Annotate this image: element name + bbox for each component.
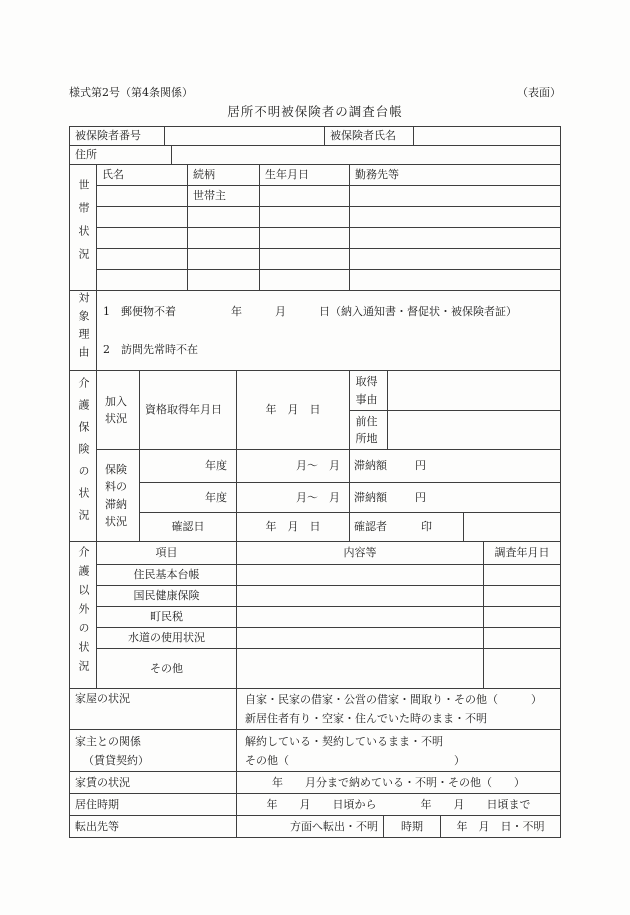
seal-mark: 印 <box>421 519 432 535</box>
member-name-cell <box>97 249 188 270</box>
household-col-name: 氏名 <box>97 165 188 186</box>
insured-name-value <box>414 127 561 146</box>
rent-status-row: 家賃の状況 年 月分まで納めている・不明・その他（ ） <box>70 772 561 794</box>
house-status-line-1: 自家・民家の借家・公営の借家・間取り・その他（ ） <box>245 690 556 709</box>
household-row <box>70 270 561 291</box>
landlord-label-line-1: 家主との関係 <box>75 732 232 751</box>
other-item-label: 水道の使用状況 <box>97 628 237 649</box>
acquisition-date-label: 資格取得年月日 <box>140 371 237 450</box>
arrears-year-cell: 年度 <box>140 450 237 483</box>
other-row: 住民基本台帳 <box>70 565 561 586</box>
member-name-cell <box>97 186 188 207</box>
other-section-label: 介護以外の状況 <box>70 542 97 689</box>
member-birth-cell <box>260 186 350 207</box>
insured-number-value <box>165 127 325 146</box>
confirm-extra-cell <box>464 513 561 542</box>
moveout-row: 転出先等 方面へ転出・不明 時期 年 月 日・不明 <box>70 816 561 838</box>
residence-period-label: 居住時期 <box>70 794 237 816</box>
landlord-content: 解約している・契約しているまま・不明 その他（ ） <box>237 730 561 772</box>
reason-line-2: 2 訪問先常時不在 <box>103 342 560 358</box>
household-section-label: 世帯状況 <box>70 165 97 291</box>
other-header-row: 介護以外の状況 項目 内容等 調査年月日 <box>70 542 561 565</box>
other-row: 国民健康保険 <box>70 586 561 607</box>
household-table: 世帯状況 氏名 続柄 生年月日 勤務先等 世帯主 <box>69 164 561 291</box>
member-relation-cell <box>188 228 260 249</box>
insured-number-label: 被保険者番号 <box>70 127 165 146</box>
landlord-row: 家主との関係 （賃貸契約） 解約している・契約しているまま・不明 その他（ ） <box>70 730 561 772</box>
reason-content-cell: 1 郵便物不着 年 月 日（納入通知書・督促状・被保険者証） 2 訪問先常時不在 <box>97 291 561 371</box>
landlord-line-2: その他（ ） <box>245 751 556 770</box>
rent-status-content: 年 月分まで納めている・不明・その他（ ） <box>237 772 561 794</box>
member-name-cell <box>97 207 188 228</box>
other-col-item: 項目 <box>97 542 237 565</box>
other-date-cell <box>484 628 561 649</box>
kaigo-acquisition-row: 介護保険の状況 加入状況 資格取得年月日 年 月 日 取得事由 <box>70 371 561 411</box>
confirm-person-cell: 確認者 印 <box>350 513 464 542</box>
other-item-label: 国民健康保険 <box>97 586 237 607</box>
rent-status-label: 家賃の状況 <box>70 772 237 794</box>
kaigo-table: 介護保険の状況 加入状況 資格取得年月日 年 月 日 取得事由 前住所地 <box>69 370 561 542</box>
member-birth-cell <box>260 207 350 228</box>
member-birth-cell <box>260 228 350 249</box>
member-workplace-cell <box>350 207 561 228</box>
kaigo-section-label: 介護保険の状況 <box>70 371 97 542</box>
address-row: 住所 <box>70 146 561 165</box>
arrears-months-cell: 月～ 月 <box>237 483 350 513</box>
other-content-cell <box>237 607 484 628</box>
moveout-date: 年 月 日・不明 <box>441 816 561 838</box>
member-workplace-cell <box>350 186 561 207</box>
arrears-amount-label: 滞納額 <box>354 458 387 474</box>
household-col-relation: 続柄 <box>188 165 260 186</box>
insured-name-label: 被保険者氏名 <box>325 127 414 146</box>
previous-address-value <box>388 411 561 450</box>
other-item-label: その他 <box>97 649 237 689</box>
other-col-date: 調査年月日 <box>484 542 561 565</box>
house-status-line-2: 新居住者有り・空家・住んでいた時のまま・不明 <box>245 709 556 728</box>
confirm-person-label: 確認者 <box>354 519 387 535</box>
other-content-cell <box>237 649 484 689</box>
other-col-content: 内容等 <box>237 542 484 565</box>
form-number: 様式第2号（第4条関係） <box>69 86 193 99</box>
acquisition-date-value: 年 月 日 <box>237 371 350 450</box>
previous-address-label: 前住所地 <box>350 411 388 450</box>
insured-number-table: 被保険者番号 被保険者氏名 <box>69 126 561 146</box>
arrears-section-label: 保険料の滞納状況 <box>97 450 140 542</box>
member-workplace-cell <box>350 270 561 291</box>
other-status-table: 介護以外の状況 項目 内容等 調査年月日 住民基本台帳 国民健康保険 町民税 <box>69 541 561 689</box>
member-workplace-cell <box>350 228 561 249</box>
moveout-destination: 方面へ転出・不明 <box>237 816 384 838</box>
insured-number-row: 被保険者番号 被保険者氏名 <box>70 127 561 146</box>
reason-line-1: 1 郵便物不着 年 月 日（納入通知書・督促状・被保険者証） <box>103 304 560 320</box>
residence-period-content: 年 月 日頃から 年 月 日頃まで <box>237 794 561 816</box>
household-col-workplace: 勤務先等 <box>350 165 561 186</box>
confirm-date-label: 確認日 <box>140 513 237 542</box>
arrears-amount-label: 滞納額 <box>354 490 387 506</box>
address-label: 住所 <box>70 146 172 165</box>
house-status-content: 自家・民家の借家・公営の借家・間取り・その他（ ） 新居住者有り・空家・住んでい… <box>237 689 561 730</box>
other-date-cell <box>484 586 561 607</box>
landlord-line-1: 解約している・契約しているまま・不明 <box>245 732 556 751</box>
moveout-label: 転出先等 <box>70 816 237 838</box>
arrears-row: 保険料の滞納状況 年度 月～ 月 滞納額 円 <box>70 450 561 483</box>
member-birth-cell <box>260 270 350 291</box>
other-row: 水道の使用状況 <box>70 628 561 649</box>
confirm-date-value: 年 月 日 <box>237 513 350 542</box>
house-status-label: 家屋の状況 <box>70 689 237 730</box>
other-item-label: 住民基本台帳 <box>97 565 237 586</box>
other-item-label: 町民税 <box>97 607 237 628</box>
reason-section-label: 対象理由 <box>70 291 97 371</box>
household-row <box>70 207 561 228</box>
other-date-cell <box>484 649 561 689</box>
acquisition-reason-label: 取得事由 <box>350 371 388 411</box>
arrears-amount-cell: 滞納額 円 <box>350 483 561 513</box>
residence-period-row: 居住時期 年 月 日頃から 年 月 日頃まで <box>70 794 561 816</box>
arrears-row: 年度 月～ 月 滞納額 円 <box>70 483 561 513</box>
member-name-cell <box>97 270 188 291</box>
landlord-label-line-2: （賃貸契約） <box>75 751 232 770</box>
address-table: 住所 <box>69 145 561 165</box>
housing-table: 家屋の状況 自家・民家の借家・公営の借家・間取り・その他（ ） 新居住者有り・空… <box>69 688 561 838</box>
arrears-year-cell: 年度 <box>140 483 237 513</box>
form-page: 様式第2号（第4条関係） （表面） 居所不明被保険者の調査台帳 被保険者番号 被… <box>0 0 630 915</box>
moveout-time-label: 時期 <box>384 816 441 838</box>
other-content-cell <box>237 565 484 586</box>
confirmation-row: 確認日 年 月 日 確認者 印 <box>70 513 561 542</box>
page-side-label: （表面） <box>517 86 561 99</box>
arrears-amount-cell: 滞納額 円 <box>350 450 561 483</box>
arrears-unit-label: 円 <box>415 490 426 506</box>
arrears-months-cell: 月～ 月 <box>237 450 350 483</box>
member-relation-cell: 世帯主 <box>188 186 260 207</box>
reason-table: 対象理由 1 郵便物不着 年 月 日（納入通知書・督促状・被保険者証） 2 訪問… <box>69 290 561 371</box>
other-date-cell <box>484 565 561 586</box>
reason-row: 対象理由 1 郵便物不着 年 月 日（納入通知書・督促状・被保険者証） 2 訪問… <box>70 291 561 371</box>
other-content-cell <box>237 628 484 649</box>
household-row <box>70 249 561 270</box>
other-content-cell <box>237 586 484 607</box>
household-row <box>70 228 561 249</box>
other-row: その他 <box>70 649 561 689</box>
member-birth-cell <box>260 249 350 270</box>
member-relation-cell <box>188 207 260 228</box>
household-row: 世帯主 <box>70 186 561 207</box>
house-status-row: 家屋の状況 自家・民家の借家・公営の借家・間取り・その他（ ） 新居住者有り・空… <box>70 689 561 730</box>
household-col-birth: 生年月日 <box>260 165 350 186</box>
other-date-cell <box>484 607 561 628</box>
acquisition-reason-value <box>388 371 561 411</box>
member-relation-cell <box>188 249 260 270</box>
member-relation-cell <box>188 270 260 291</box>
household-header-row: 世帯状況 氏名 続柄 生年月日 勤務先等 <box>70 165 561 186</box>
landlord-label: 家主との関係 （賃貸契約） <box>70 730 237 772</box>
member-workplace-cell <box>350 249 561 270</box>
other-row: 町民税 <box>70 607 561 628</box>
member-name-cell <box>97 228 188 249</box>
kaigo-join-label: 加入状況 <box>97 371 140 450</box>
address-value <box>172 146 561 165</box>
arrears-unit-label: 円 <box>415 458 426 474</box>
form-title: 居所不明被保険者の調査台帳 <box>69 102 561 120</box>
